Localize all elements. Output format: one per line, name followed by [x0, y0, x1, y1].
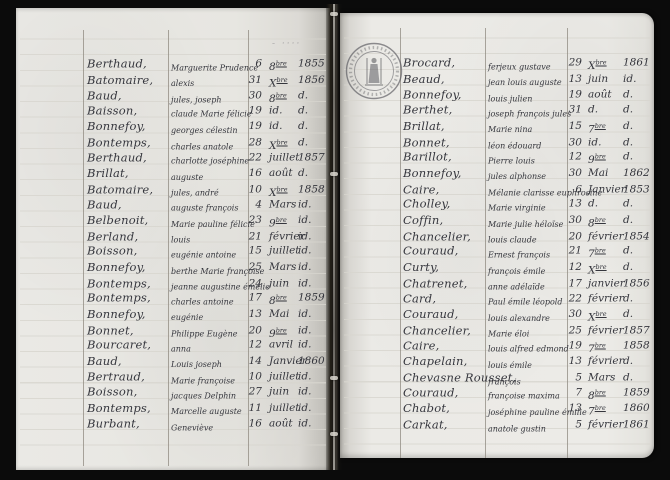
date-day-cell: 12 [562, 260, 582, 275]
date-month-cell: Janvier [588, 182, 626, 197]
register-row: Curty,françois émile12Xbred. [340, 260, 654, 276]
register-row: Chancelier,Marie éloi25février1857 [340, 323, 654, 339]
register-row: Batomaire,jules, andré10Xbre1858 [16, 182, 330, 198]
register-row: Boisson,jacques Delphin27juinid. [16, 385, 330, 401]
surname-cell: Brillat, [87, 166, 129, 181]
date-month-cell: Mai [269, 307, 289, 322]
date-year-cell: id. [298, 307, 311, 322]
date-month-cell: août [269, 417, 293, 432]
date-day-cell: 6 [242, 57, 262, 72]
date-day-cell: 13 [562, 72, 582, 87]
date-year-cell: 1857 [298, 150, 325, 165]
given-name-cell: Geneviève [171, 420, 213, 435]
register-row: Couraud,Ernest françois217bred. [340, 244, 654, 260]
surname-cell: Baud, [87, 197, 122, 212]
register-row: Brillat,Marie nina157bred. [340, 119, 654, 135]
date-month-cell: août [588, 88, 612, 103]
date-year-cell: id. [298, 244, 311, 259]
register-row: Cholley,Marie virginie13d.d. [340, 197, 654, 213]
date-day-cell: 10 [242, 370, 262, 385]
date-year-cell: id. [298, 370, 311, 385]
date-day-cell: 10 [242, 182, 262, 197]
register-row: Bonnefoy,eugénie13Maiid. [16, 307, 330, 323]
date-day-cell: 22 [242, 150, 262, 165]
surname-cell: Cholley, [403, 197, 451, 212]
date-day-cell: 30 [562, 135, 582, 150]
date-year-cell: 1856 [298, 73, 325, 88]
surname-cell: Carkat, [403, 418, 448, 433]
date-day-cell: 19 [242, 119, 262, 134]
date-year-cell: d. [298, 103, 308, 118]
date-year-cell: d. [623, 197, 633, 212]
surname-cell: Chapelain, [403, 354, 468, 369]
surname-cell: Couraud, [403, 307, 459, 322]
date-day-cell: 29 [562, 56, 582, 71]
date-year-cell: id. [298, 197, 311, 212]
date-year-cell: 1860 [298, 354, 325, 369]
date-year-cell: 1859 [623, 385, 650, 400]
register-row: Caire,louis alfred edmond197bre1858 [340, 338, 654, 354]
date-month-cell: juillet [269, 401, 300, 416]
date-day-cell: 5 [562, 418, 582, 433]
date-day-cell: 31 [242, 73, 262, 88]
date-day-cell: 12 [242, 338, 262, 353]
register-row: Bonnefoy,georges célestin19id.d. [16, 119, 330, 135]
surname-cell: Boisson, [87, 244, 137, 259]
date-day-cell: 7 [562, 385, 582, 400]
surname-cell: Couraud, [403, 385, 459, 400]
date-year-cell: 1854 [623, 229, 650, 244]
register-row: Berthaud,charlotte joséphine22juillet185… [16, 150, 330, 166]
date-year-cell: 1858 [623, 338, 650, 353]
date-day-cell: 16 [242, 166, 262, 181]
register-row: Bontemps,charles antoine178bre1859 [16, 291, 330, 307]
surname-cell: Batomaire, [87, 182, 153, 197]
date-year-cell: id. [298, 260, 311, 275]
date-day-cell: 30 [562, 213, 582, 228]
surname-cell: Bonnefoy, [87, 307, 146, 322]
surname-cell: Bonnet, [403, 135, 450, 150]
date-year-cell: id. [298, 276, 311, 291]
surname-cell: Bonnefoy, [403, 166, 462, 181]
register-row: Baud,Louis joseph14Janvier1860 [16, 354, 330, 370]
register-row: Card,Paul émile léopold22févrierd. [340, 291, 654, 307]
date-day-cell: 30 [562, 307, 582, 322]
date-day-cell: 24 [242, 276, 262, 291]
date-day-cell: 4 [242, 197, 262, 212]
faint-pencil-marks: ‐ ···· [272, 39, 301, 49]
date-year-cell: 1858 [298, 182, 325, 197]
date-day-cell: 15 [242, 244, 262, 259]
register-row: Bontemps,charles anatole28Xbred. [16, 136, 330, 152]
date-year-cell: d. [623, 354, 633, 369]
date-year-cell: 1861 [623, 418, 650, 433]
surname-cell: Coffin, [403, 213, 443, 228]
date-day-cell: 27 [242, 385, 262, 400]
scanned-register-spread: { "scan": { "background_color": "#0b0b0b… [0, 0, 670, 480]
date-year-cell: 1853 [623, 182, 650, 197]
register-row: Bontemps,jeanne augustine émélie24juinid… [16, 276, 330, 292]
register-row: Baisson,claude Marie félicie19id.d. [16, 103, 330, 119]
date-day-cell: 16 [242, 417, 262, 432]
date-day-cell: 31 [562, 103, 582, 118]
date-month-cell: février [588, 291, 624, 306]
surname-cell: Card, [403, 291, 436, 306]
register-row: Chatrenet,anne adélaïde17janvier1856 [340, 276, 654, 292]
surname-cell: Curty, [403, 260, 439, 275]
date-year-cell: 1856 [623, 276, 650, 291]
register-row: Chancelier,louis claude20février1854 [340, 229, 654, 245]
register-row: Couraud,françoise maxima78bre1859 [340, 385, 654, 401]
date-year-cell: 1862 [623, 166, 650, 181]
surname-cell: Baud, [87, 354, 122, 369]
binding-stitch [330, 12, 338, 16]
register-right-page: Brocard,ferjeux gustave29Xbre1861Beaud,j… [340, 13, 654, 458]
date-month-cell: janvier [588, 276, 625, 291]
surname-cell: Berthaud, [87, 57, 147, 72]
binding-stitch [330, 376, 338, 380]
date-year-cell: 1855 [298, 57, 325, 72]
date-day-cell: 20 [562, 229, 582, 244]
surname-cell: Couraud, [403, 244, 459, 259]
surname-cell: Caire, [403, 182, 440, 197]
date-month-cell: Mars [269, 260, 296, 275]
register-row: Caire,Mélanie clarisse euphrosine6Janvie… [340, 182, 654, 198]
surname-cell: Berthet, [403, 103, 452, 118]
date-month-cell: id. [269, 103, 282, 118]
register-row: Beaud,jean louis auguste13juinid. [340, 72, 654, 88]
register-row: Bonnefoy,louis julien19aoûtd. [340, 88, 654, 104]
register-row: Bontemps,Marcelle auguste11juilletid. [16, 401, 330, 417]
date-month-cell: juillet [269, 244, 300, 259]
date-year-cell: d. [298, 136, 308, 151]
date-month-cell: juin [269, 385, 289, 400]
date-day-cell: 13 [562, 197, 582, 212]
register-row: Bonnet,Philippe Eugène209breid. [16, 323, 330, 339]
date-year-cell: d. [298, 89, 308, 104]
date-month-cell: février [588, 354, 624, 369]
date-month-cell: d. [588, 103, 598, 118]
date-day-cell: 11 [242, 401, 262, 416]
register-row: Baud,auguste françois4Marsid. [16, 197, 330, 213]
date-year-cell: id. [298, 338, 311, 353]
date-year-cell: id. [298, 323, 311, 338]
date-year-cell: d. [623, 213, 633, 228]
surname-cell: Bonnefoy, [87, 260, 146, 275]
register-row: Bonnefoy,jules alphonse30Mai1862 [340, 166, 654, 182]
date-day-cell: 5 [562, 371, 582, 386]
surname-cell: Belbenoit, [87, 213, 148, 228]
register-row: Boisson,eugénie antoine15juilletid. [16, 244, 330, 260]
surname-cell: Baisson, [87, 103, 137, 118]
date-day-cell: 17 [242, 291, 262, 306]
surname-cell: Brocard, [403, 56, 455, 71]
date-year-cell: d. [623, 119, 633, 134]
date-month-cell: février [588, 323, 624, 338]
date-month-cell: juillet [269, 150, 300, 165]
surname-cell: Caire, [403, 338, 440, 353]
register-row: Chapelain,louis émile13févrierd. [340, 354, 654, 370]
surname-cell: Burbant, [87, 417, 140, 432]
date-month-cell: juin [269, 276, 289, 291]
date-day-cell: 6 [562, 182, 582, 197]
surname-cell: Bonnefoy, [87, 119, 146, 134]
date-month-cell: Mars [269, 197, 296, 212]
date-month-cell: Mars [588, 371, 615, 386]
surname-cell: Chancelier, [403, 229, 471, 244]
register-row: Berthaud,Marguerite Prudence68bre1855 [16, 57, 330, 73]
date-day-cell: 14 [242, 354, 262, 369]
surname-cell: Bertraud, [87, 370, 145, 385]
surname-cell: Batomaire, [87, 73, 153, 88]
register-row: Barillot,Pierre louis129bred. [340, 150, 654, 166]
date-day-cell: 19 [242, 103, 262, 118]
register-row: Berland,louis21févrierid. [16, 229, 330, 245]
date-day-cell: 13 [562, 354, 582, 369]
register-row: Baud,jules, joseph308bred. [16, 89, 330, 105]
date-year-cell: id. [298, 229, 311, 244]
date-year-cell: id. [298, 213, 311, 228]
surname-cell: Bontemps, [87, 401, 151, 416]
date-month-cell: août [269, 166, 293, 181]
date-day-cell: 21 [242, 229, 262, 244]
register-row: Chevasne Rousset,françois5Marsd. [340, 371, 654, 387]
date-day-cell: 21 [562, 244, 582, 259]
register-row: Carkat,anatole gustin5février1861 [340, 418, 654, 434]
date-year-cell: 1859 [298, 291, 325, 306]
surname-cell: Baud, [87, 89, 122, 104]
date-day-cell: 28 [242, 136, 262, 151]
surname-cell: Berthaud, [87, 150, 147, 165]
surname-cell: Chancelier, [403, 323, 471, 338]
date-day-cell: 13 [562, 401, 582, 416]
register-row: Couraud,louis alexandre30Xbred. [340, 307, 654, 323]
surname-cell: Beaud, [403, 72, 445, 87]
date-month-cell: juin [588, 72, 608, 87]
date-year-cell: d. [623, 260, 633, 275]
date-month-cell: d. [588, 197, 598, 212]
register-row: Belbenoit,Marie pauline félicie239breid. [16, 213, 330, 229]
register-row: Batomaire,alexis31Xbre1856 [16, 73, 330, 89]
date-year-cell: id. [623, 72, 636, 87]
date-month-cell: février [588, 418, 624, 433]
register-row: Coffin,Marie julie héloïse308bred. [340, 213, 654, 229]
date-day-cell: 17 [562, 276, 582, 291]
date-year-cell: d. [623, 88, 633, 103]
date-year-cell: d. [623, 103, 633, 118]
date-day-cell: 19 [562, 88, 582, 103]
date-year-cell: d. [298, 166, 308, 181]
register-row: Chabot,joséphine pauline émilie137bre186… [340, 401, 654, 417]
surname-cell: Bonnefoy, [403, 88, 462, 103]
date-year-cell: d. [623, 291, 633, 306]
surname-cell: Bontemps, [87, 136, 151, 151]
date-year-cell: d. [623, 244, 633, 259]
date-year-cell: d. [623, 307, 633, 322]
surname-cell: Boisson, [87, 385, 137, 400]
binding-stitch [330, 172, 338, 176]
date-day-cell: 25 [562, 323, 582, 338]
register-row: Brillat,auguste16aoûtd. [16, 166, 330, 182]
surname-cell: Bontemps, [87, 276, 151, 291]
surname-cell: Bourcaret, [87, 338, 151, 353]
surname-cell: Chatrenet, [403, 276, 467, 291]
date-day-cell: 23 [242, 213, 262, 228]
register-row: Bourcaret,anna12avrilid. [16, 338, 330, 354]
surname-cell: Brillat, [403, 119, 445, 134]
date-year-cell: d. [623, 150, 633, 165]
date-year-cell: d. [623, 135, 633, 150]
date-day-cell: 22 [562, 291, 582, 306]
surname-cell: Barillot, [403, 150, 452, 165]
surname-cell: Chabot, [403, 401, 450, 416]
surname-cell: Bontemps, [87, 291, 151, 306]
date-month-cell: id. [269, 119, 282, 134]
date-year-cell: id. [298, 417, 311, 432]
date-month-cell: février [588, 229, 624, 244]
date-day-cell: 30 [562, 166, 582, 181]
date-year-cell: 1860 [623, 401, 650, 416]
register-row: Burbant,Geneviève16aoûtid. [16, 417, 330, 433]
binding-thread [333, 4, 335, 470]
date-day-cell: 20 [242, 323, 262, 338]
date-year-cell: 1861 [623, 56, 650, 71]
binding-stitch [330, 432, 338, 436]
date-month-cell: juillet [269, 370, 300, 385]
date-month-cell: avril [269, 338, 293, 353]
given-name-cell: anatole gustin [488, 421, 546, 436]
register-row: Berthet,joseph françois jules31d.d. [340, 103, 654, 119]
register-row: Bonnet,léon édouard30id.d. [340, 135, 654, 151]
register-row: Bertraud,Marie françoise10juilletid. [16, 370, 330, 386]
date-month-cell: Mai [588, 166, 608, 181]
date-year-cell: 1857 [623, 323, 650, 338]
register-row: Bonnefoy,berthe Marie françoise25Marsid. [16, 260, 330, 276]
surname-cell: Bonnet, [87, 323, 134, 338]
register-row: Brocard,ferjeux gustave29Xbre1861 [340, 56, 654, 72]
date-day-cell: 25 [242, 260, 262, 275]
date-year-cell: id. [298, 401, 311, 416]
date-day-cell: 12 [562, 150, 582, 165]
date-year-cell: d. [623, 371, 633, 386]
register-left-page: ‐ ···· Berthaud,Marguerite Prudence68bre… [16, 8, 330, 470]
date-day-cell: 30 [242, 89, 262, 104]
date-year-cell: id. [298, 385, 311, 400]
surname-cell: Berland, [87, 229, 138, 244]
date-year-cell: d. [298, 119, 308, 134]
date-month-cell: id. [588, 135, 601, 150]
date-day-cell: 13 [242, 307, 262, 322]
date-day-cell: 15 [562, 119, 582, 134]
date-day-cell: 19 [562, 338, 582, 353]
